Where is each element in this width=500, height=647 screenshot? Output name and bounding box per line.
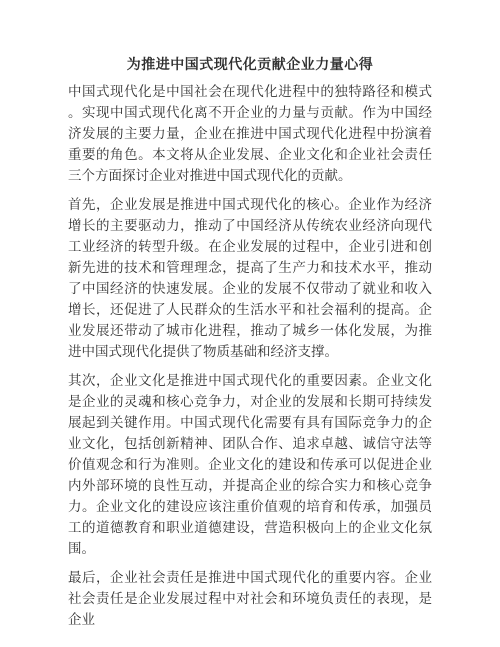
document-title: 为推进中国式现代化贡献企业力量心得 xyxy=(68,55,432,76)
paragraph-enterprise-culture: 其次，企业文化是推进中国式现代化的重要因素。企业文化是企业的灵魂和核心竞争力，对… xyxy=(68,370,432,559)
paragraph-social-responsibility: 最后，企业社会责任是推进中国式现代化的重要内容。企业社会责任是企业发展过程中对社… xyxy=(68,567,432,630)
document-page: 为推进中国式现代化贡献企业力量心得 中国式现代化是中国社会在现代化进程中的独特路… xyxy=(0,0,500,647)
paragraph-intro: 中国式现代化是中国社会在现代化进程中的独特路径和模式。实现中国式现代化离不开企业… xyxy=(68,81,432,186)
paragraph-enterprise-development: 首先，企业发展是推进中国式现代化的核心。企业作为经济增长的主要驱动力，推动了中国… xyxy=(68,194,432,362)
